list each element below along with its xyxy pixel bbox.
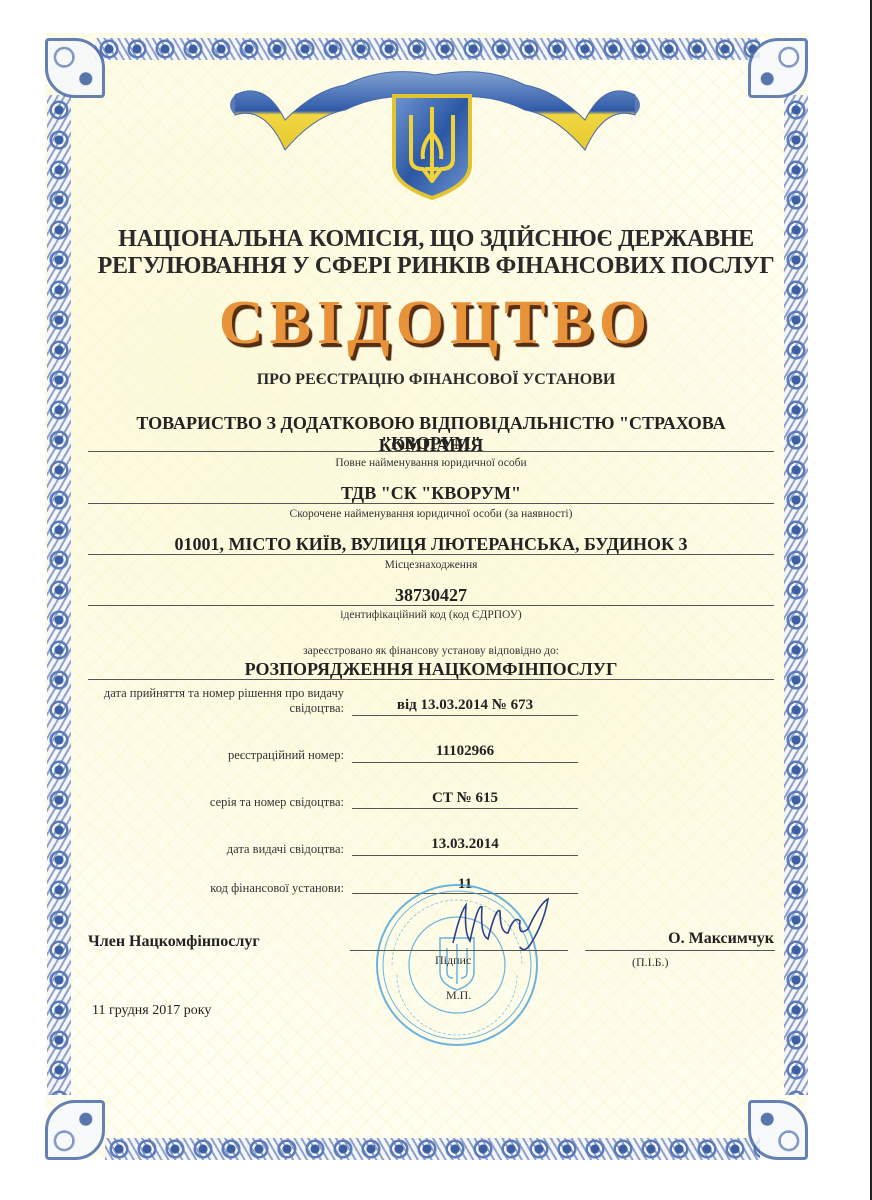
registration-number-value: 11102966 [352, 743, 578, 760]
decision-label: дата прийняття та номер рішення про вида… [88, 686, 344, 716]
ornament-corner-top-right [748, 38, 808, 98]
edrpou-caption: ідентифікаційний код (код ЄДРПОУ) [88, 609, 774, 621]
decision-label-line2: свідоцтва: [88, 701, 344, 716]
full-name-underline [88, 451, 774, 452]
authority-name: НАЦІОНАЛЬНА КОМІСІЯ, ЩО ЗДІЙСНЮЄ ДЕРЖАВН… [80, 226, 792, 280]
ornament-border-top [95, 38, 760, 60]
trident-emblem-icon [391, 93, 473, 201]
registration-number-label: реєстраційний номер: [88, 748, 344, 763]
issue-date-value: 13.03.2014 [352, 836, 578, 853]
signature-caption: Підпис [435, 953, 471, 968]
registration-number-underline [352, 762, 578, 763]
certificate-series-underline [352, 808, 578, 809]
authority-name-line2: РЕГУЛЮВАННЯ У СФЕРІ РИНКІВ ФІНАНСОВИХ ПО… [80, 253, 792, 280]
registered-as-intro: зареєстровано як фінансову установу відп… [88, 645, 774, 657]
ornament-corner-bottom-left [45, 1100, 105, 1160]
certificate-subtitle: ПРО РЕЄСТРАЦІЮ ФІНАНСОВОЇ УСТАНОВИ [80, 371, 792, 389]
short-name-underline [88, 503, 774, 504]
ornament-corner-top-left [45, 38, 105, 98]
decision-underline [352, 715, 578, 716]
edrpou-underline [88, 605, 774, 606]
location-caption: Місцезнаходження [88, 559, 774, 571]
full-name-caption: Повне найменування юридичної особи [88, 457, 774, 469]
location-value: 01001, МІСТО КИЇВ, ВУЛИЦЯ ЛЮТЕРАНСЬКА, Б… [88, 533, 774, 555]
decision-value: від 13.03.2014 № 673 [352, 697, 578, 714]
location-underline [88, 554, 774, 555]
state-emblem [225, 60, 645, 200]
registered-as-underline [88, 679, 774, 680]
ornament-corner-bottom-right [748, 1100, 808, 1160]
member-label: Член Нацкомфінпослуг [88, 933, 260, 951]
ornament-border-left [47, 95, 71, 1095]
certificate-series-value: СТ № 615 [352, 790, 578, 807]
short-name-caption: Скорочене найменування юридичної особи (… [88, 508, 774, 520]
signature-icon [448, 893, 558, 953]
authority-name-line1: НАЦІОНАЛЬНА КОМІСІЯ, ЩО ЗДІЙСНЮЄ ДЕРЖАВН… [80, 226, 792, 253]
short-name-value: ТДВ "СК "КВОРУМ" [88, 482, 774, 504]
edrpou-value: 38730427 [88, 584, 774, 606]
document-date: 11 грудня 2017 року [92, 1003, 211, 1019]
signer-name-underline [585, 950, 775, 951]
seal-caption: М.П. [446, 988, 471, 1003]
certificate-title: СВІДОЦТВО [80, 288, 792, 358]
signer-name: О. Максимчук [588, 930, 774, 948]
ornament-border-bottom [105, 1138, 760, 1160]
decision-label-line1: дата прийняття та номер рішення про вида… [88, 686, 344, 701]
issue-date-underline [352, 855, 578, 856]
registered-as-value: РОЗПОРЯДЖЕННЯ НАЦКОМФІНПОСЛУГ [88, 658, 774, 680]
signature-line [350, 950, 568, 951]
issue-date-label: дата видачі свідоцтва: [88, 842, 344, 857]
certificate-series-label: серія та номер свідоцтва: [88, 795, 344, 810]
institution-code-label: код фінансової установи: [88, 881, 344, 896]
signer-name-caption: (П.І.Б.) [632, 955, 669, 970]
